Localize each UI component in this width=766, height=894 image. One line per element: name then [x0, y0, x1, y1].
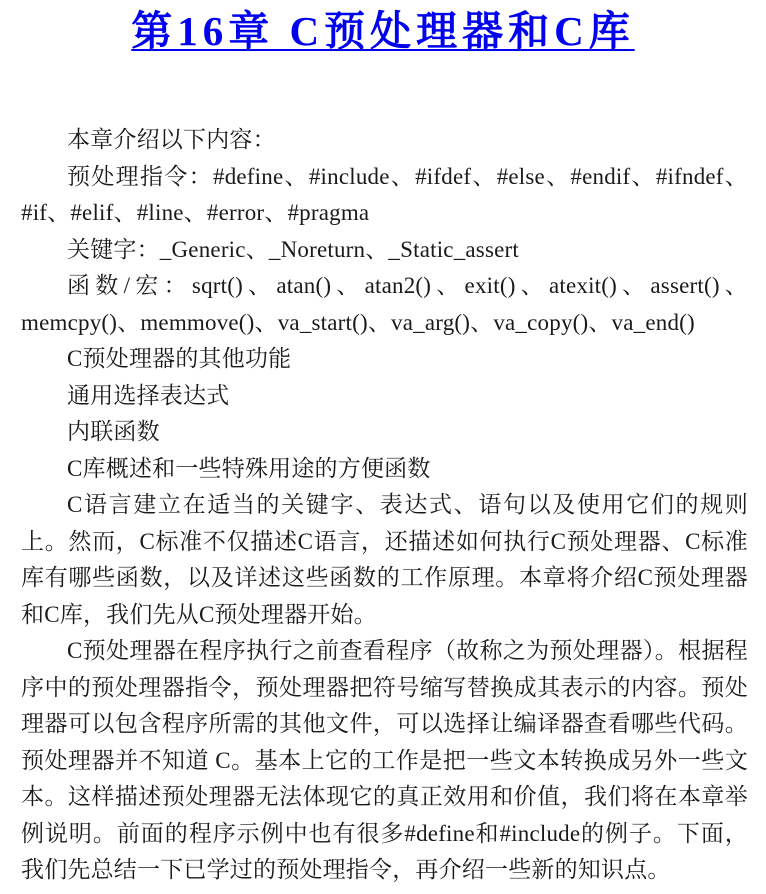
paragraph-inline-functions: 内联函数 — [21, 414, 748, 451]
paragraph-keywords: 关键字：_Generic、_Noreturn、_Static_assert — [21, 232, 748, 269]
paragraph-c-library-overview: C库概述和一些特殊用途的方便函数 — [21, 451, 748, 488]
paragraph-generic-selection: 通用选择表达式 — [21, 378, 748, 415]
paragraph-c-standard: C语言建立在适当的关键字、表达式、语句以及使用它们的规则上。然而，C标准不仅描述… — [21, 487, 748, 633]
paragraph-other-features: C预处理器的其他功能 — [21, 341, 748, 378]
paragraph-preprocessor-directives: 预处理指令：#define、#include、#ifdef、#else、#end… — [21, 159, 748, 232]
chapter-title-link[interactable]: 第16章 C预处理器和C库 — [0, 0, 766, 56]
paragraph-preprocessor-description: C预处理器在程序执行之前查看程序（故称之为预处理器）。根据程序中的预处理器指令，… — [21, 633, 748, 889]
chapter-body: 本章介绍以下内容： 预处理指令：#define、#include、#ifdef、… — [0, 122, 766, 889]
document-page: 第16章 C预处理器和C库 本章介绍以下内容： 预处理指令：#define、#i… — [0, 0, 766, 894]
paragraph-intro: 本章介绍以下内容： — [21, 122, 748, 159]
paragraph-functions-macros: 函数/宏：sqrt()、atan()、atan2()、exit()、atexit… — [21, 268, 748, 341]
